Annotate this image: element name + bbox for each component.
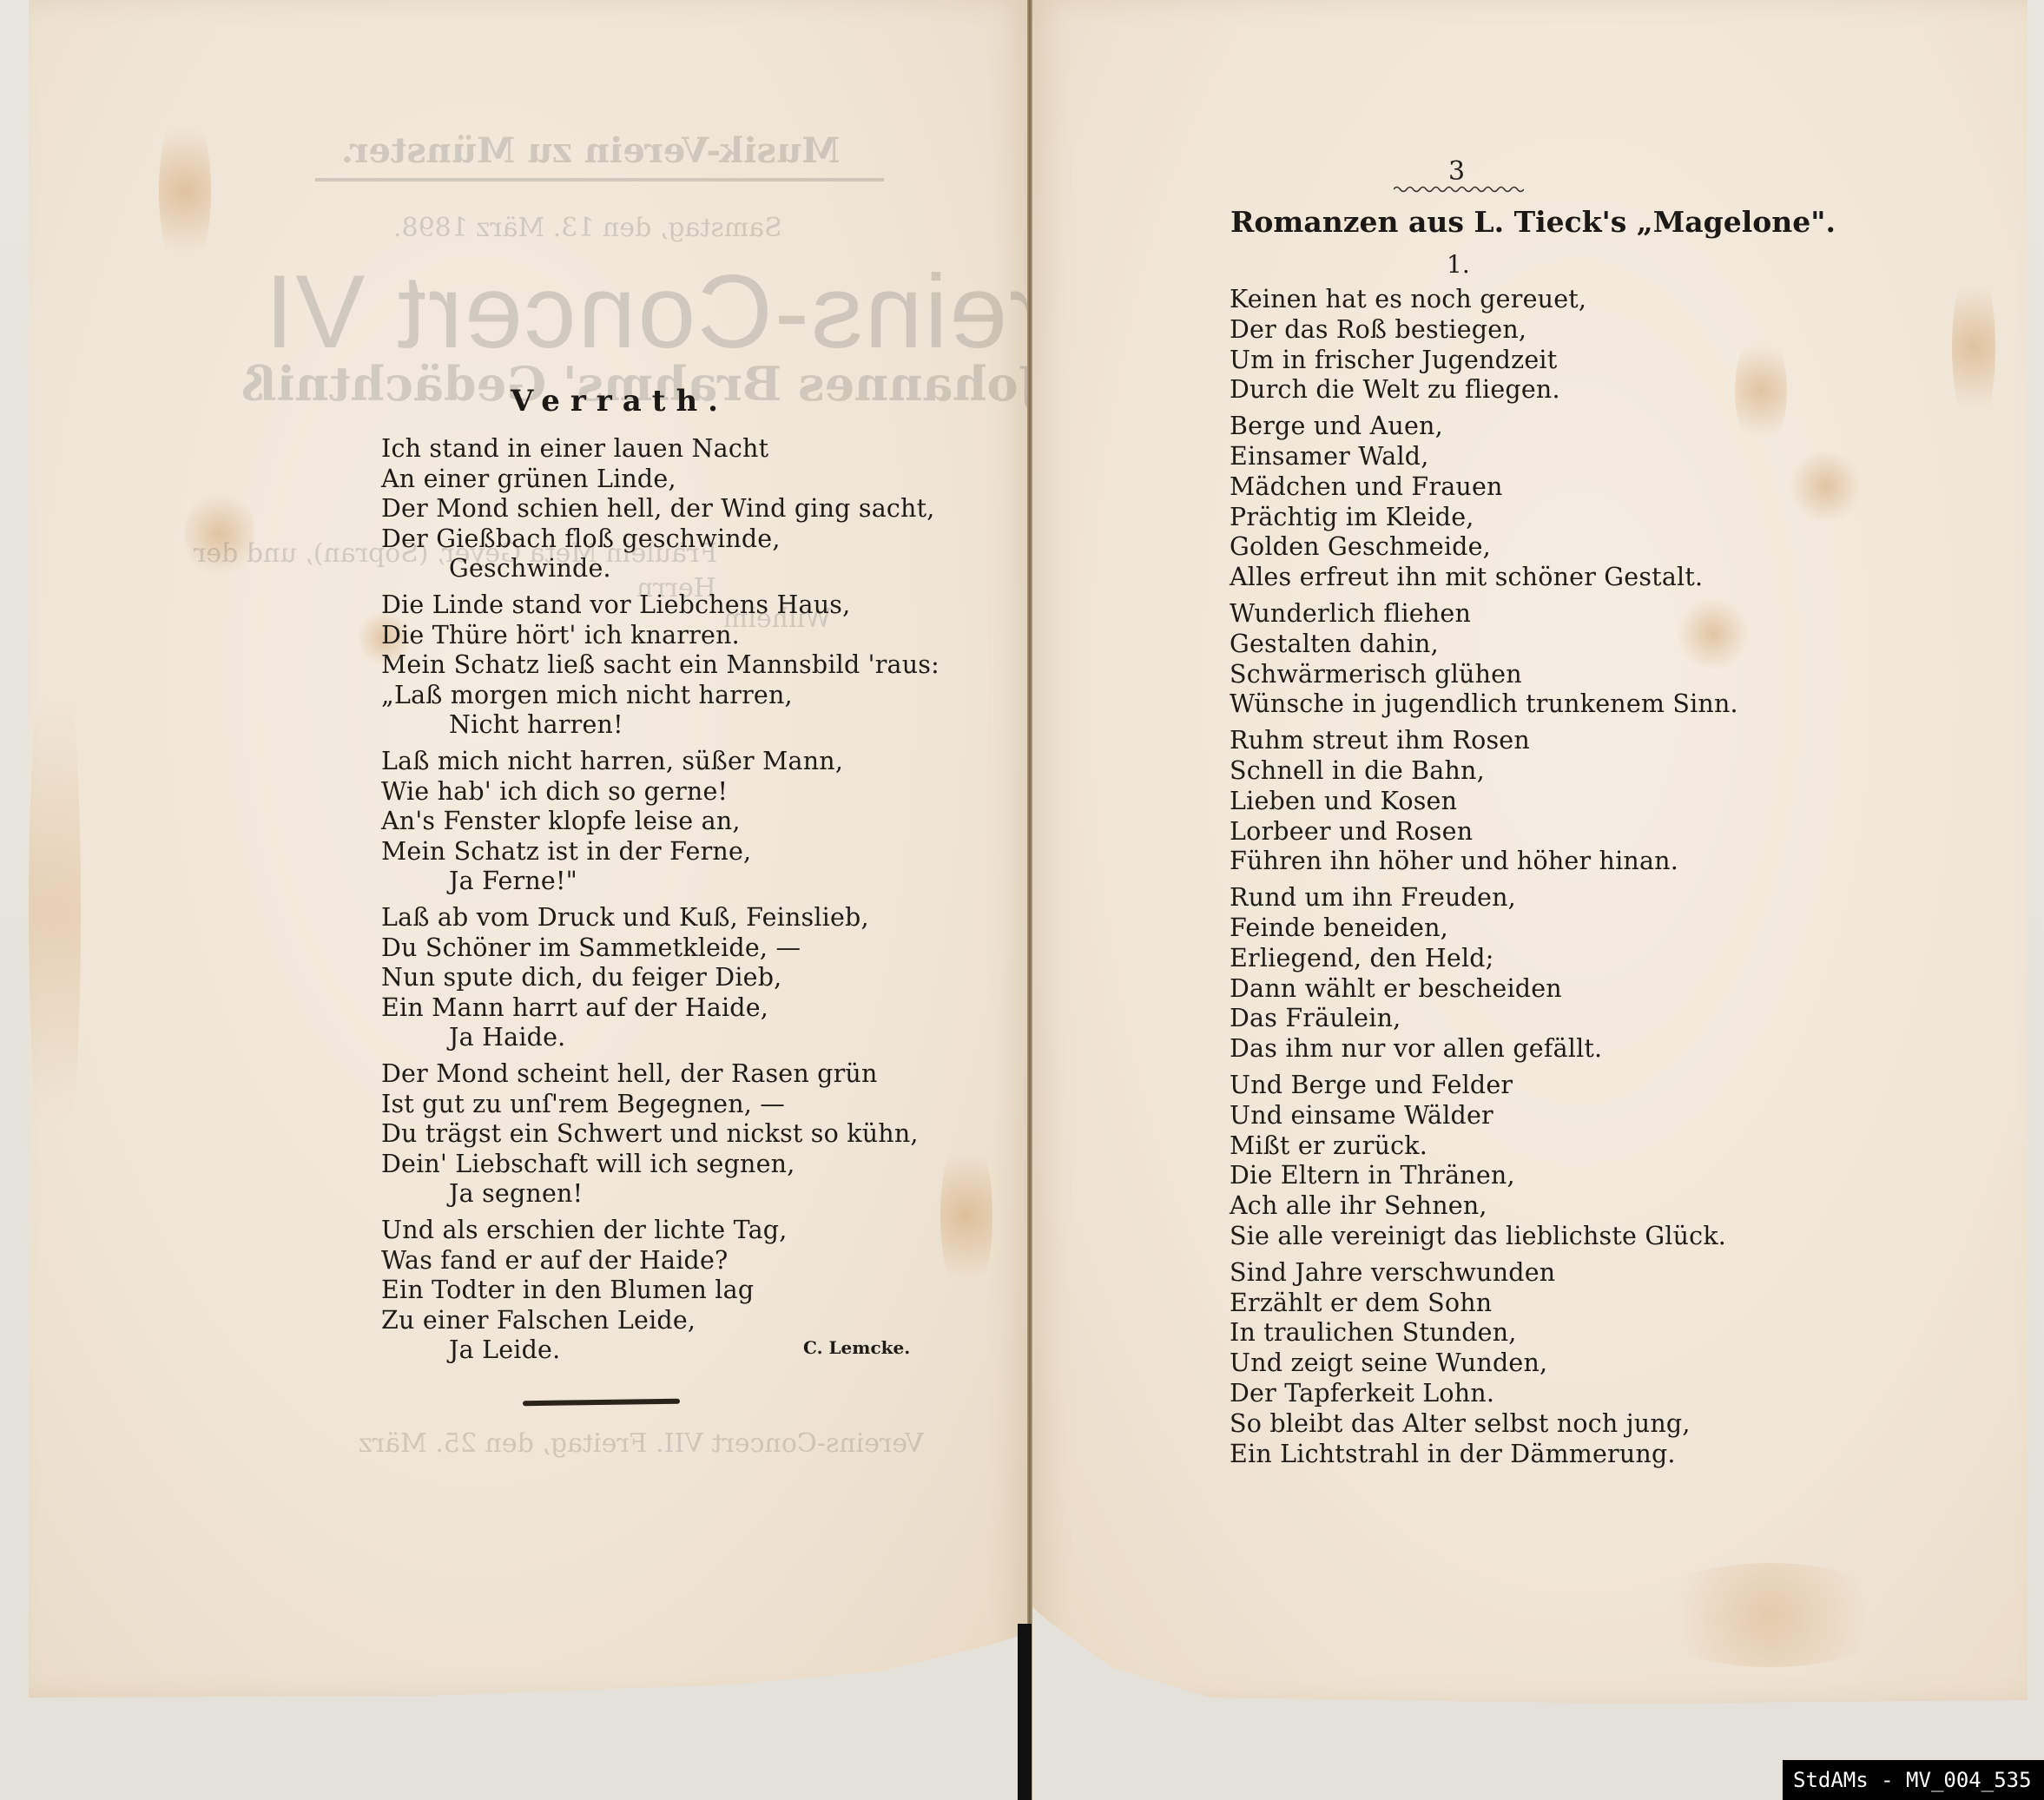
poem-line: Berge und Auen, xyxy=(1230,412,1443,440)
poem-line: Ruhm streut ihm Rosen xyxy=(1230,726,1530,755)
section-title: Romanzen aus L. Tieck's „Magelone". xyxy=(1230,205,1836,239)
poem-line: Wünsche in jugendlich trunkenem Sinn. xyxy=(1230,689,1738,718)
foxing-stain xyxy=(29,608,81,1216)
poem-line: Das ihm nur vor allen gefällt. xyxy=(1230,1034,1602,1063)
poem-line: Was fand er auf der Haide? xyxy=(381,1246,729,1275)
poem-line: Ein Todter in den Blumen lag xyxy=(381,1276,754,1304)
poem-line: Führen ihn höher und höher hinan. xyxy=(1230,847,1678,875)
poem-author: C. Lemcke. xyxy=(803,1337,910,1358)
page-number: 3 xyxy=(1448,156,1465,187)
poem-line: Schnell in die Bahn, xyxy=(1230,756,1485,785)
poem-line: Laß mich nicht harren, süßer Mann, xyxy=(381,747,843,775)
poem-line: Mein Schatz ließ sacht ein Mannsbild 'ra… xyxy=(381,650,940,679)
poem-line: Einsamer Wald, xyxy=(1230,442,1429,471)
poem-line: Ja Haide. xyxy=(449,1023,565,1052)
poem-line: Ein Mann harrt auf der Haide, xyxy=(381,993,768,1022)
poem-line: Mädchen und Frauen xyxy=(1230,472,1503,501)
poem-line: Rund um ihn Freuden, xyxy=(1230,883,1516,912)
poem-line: Nun spute dich, du feiger Dieb, xyxy=(381,963,781,992)
poem-line: „Laß morgen mich nicht harren, xyxy=(381,681,793,709)
poem-line: Ja Leide. xyxy=(449,1335,560,1364)
poem-line: Sind Jahre verschwunden xyxy=(1230,1258,1555,1287)
poem-line: Und einsame Wälder xyxy=(1230,1101,1493,1130)
foxing-stain xyxy=(1952,260,1995,434)
poem-line: Der Mond scheint hell, der Rasen grün xyxy=(381,1059,878,1088)
poem-line: Gestalten dahin, xyxy=(1230,630,1439,658)
foxing-stain xyxy=(1639,1563,1900,1667)
book-spine xyxy=(1027,0,1032,1800)
poem-line: Ach alle ihr Sehnen, xyxy=(1230,1191,1487,1220)
poem-line: Ich stand in einer lauen Nacht xyxy=(381,434,768,463)
poem-line: Erzählt er dem Sohn xyxy=(1230,1289,1492,1317)
foxing-stain xyxy=(1674,599,1752,669)
poem-line: Schwärmerisch glühen xyxy=(1230,660,1522,689)
poem-line: Lorbeer und Rosen xyxy=(1230,817,1473,846)
poem-line: Durch die Welt zu fliegen. xyxy=(1230,375,1560,404)
poem-line: Ein Lichtstrahl in der Dämmerung. xyxy=(1230,1440,1676,1468)
poem-line: Zu einer Falschen Leide, xyxy=(381,1306,696,1335)
poem-line: Der Tapferkeit Lohn. xyxy=(1230,1379,1494,1408)
poem-line: Ja segnen! xyxy=(449,1179,583,1208)
foxing-stain xyxy=(940,1129,992,1302)
bleed-date: Samstag, den 13. März 1898. xyxy=(393,213,782,243)
poem-line: Ist gut zu unſ'rem Begegnen, — xyxy=(381,1090,785,1118)
poem-line: Dann wählt er bescheiden xyxy=(1230,974,1562,1003)
poem-title: Verrath. xyxy=(511,384,729,419)
foxing-stain xyxy=(1735,330,1787,452)
poem-line: Du trägst ein Schwert und nickst so kühn… xyxy=(381,1119,919,1148)
poem-line: Lieben und Kosen xyxy=(1230,787,1457,815)
poem-line: Die Linde stand vor Liebchens Haus, xyxy=(381,590,850,619)
poem-line: Sie alle vereinigt das lieblichste Glück… xyxy=(1230,1222,1726,1250)
poem-line: Erliegend, den Held; xyxy=(1230,944,1494,973)
poem-line: Der Gießbach floß geschwinde, xyxy=(381,524,781,553)
archive-label: StdAMs - MV_004_535 xyxy=(1783,1760,2044,1800)
poem-line: Mein Schatz ist in der Ferne, xyxy=(381,837,751,866)
spine-gap xyxy=(1018,1624,1032,1800)
bleed-society: Musik-Verein zu Münster. xyxy=(341,130,840,171)
poem-line: Geschwinde. xyxy=(449,554,611,583)
poem-line: Der Mond schien hell, der Wind ging sach… xyxy=(381,494,935,523)
bleed-rule xyxy=(315,178,884,181)
poem-line: Die Thüre hört' ich knarren. xyxy=(381,621,740,649)
poem-line: Alles erfreut ihn mit schöner Gestalt. xyxy=(1230,563,1703,591)
right-page: 3 Romanzen aus L. Tieck's „Magelone". 1.… xyxy=(1032,0,2028,1704)
poem-line: Um in frischer Jugendzeit xyxy=(1230,346,1557,374)
poem-line: Laß ab vom Druck und Kuß, Feinslieb, xyxy=(381,903,869,932)
poem-line: Feinde beneiden, xyxy=(1230,913,1448,942)
poem-line: Prächtig im Kleide, xyxy=(1230,503,1474,531)
poem-line: Golden Geschmeide, xyxy=(1230,532,1491,561)
poem-line: Du Schöner im Sammetkleide, — xyxy=(381,933,801,962)
wavy-rule xyxy=(1394,184,1524,195)
poem-line: Wunderlich fliehen xyxy=(1230,599,1471,628)
left-page: Musik-Verein zu Münster. Samstag, den 13… xyxy=(29,0,1029,1698)
poem-line: An einer grünen Linde, xyxy=(381,465,676,493)
poem-line: Ja Ferne!" xyxy=(449,867,577,895)
poem-line: Die Eltern in Thränen, xyxy=(1230,1161,1515,1190)
poem-line: Der das Roß bestiegen, xyxy=(1230,315,1526,344)
poem-line: Und zeigt seine Wunden, xyxy=(1230,1348,1547,1377)
section-number: 1. xyxy=(1447,250,1470,279)
poem-line: Dein' Liebschaft will ich segnen, xyxy=(381,1150,795,1178)
bleed-footer: Vereins-Concert VII. Freitag, den 25. Mä… xyxy=(359,1428,924,1459)
poem-line: Und als erschien der lichte Tag, xyxy=(381,1216,788,1244)
poem-line: In traulichen Stunden, xyxy=(1230,1318,1517,1347)
poem-line: So bleibt das Alter selbst noch jung, xyxy=(1230,1409,1691,1438)
ornamental-divider xyxy=(523,1399,680,1407)
poem-line: Keinen hat es noch gereuet, xyxy=(1230,285,1586,313)
poem-line: An's Fenster klopfe leise an, xyxy=(381,807,741,835)
foxing-stain xyxy=(159,104,211,278)
poem-line: Mißt er zurück. xyxy=(1230,1131,1428,1160)
bleed-concert-title: Vereins-Concert VI xyxy=(263,252,1029,372)
poem-line: Das Fräulein, xyxy=(1230,1004,1401,1032)
poem-line: Und Berge und Felder xyxy=(1230,1071,1513,1099)
poem-line: Wie hab' ich dich so gerne! xyxy=(381,777,728,806)
foxing-stain xyxy=(1787,452,1865,521)
poem-line: Nicht harren! xyxy=(449,710,623,739)
